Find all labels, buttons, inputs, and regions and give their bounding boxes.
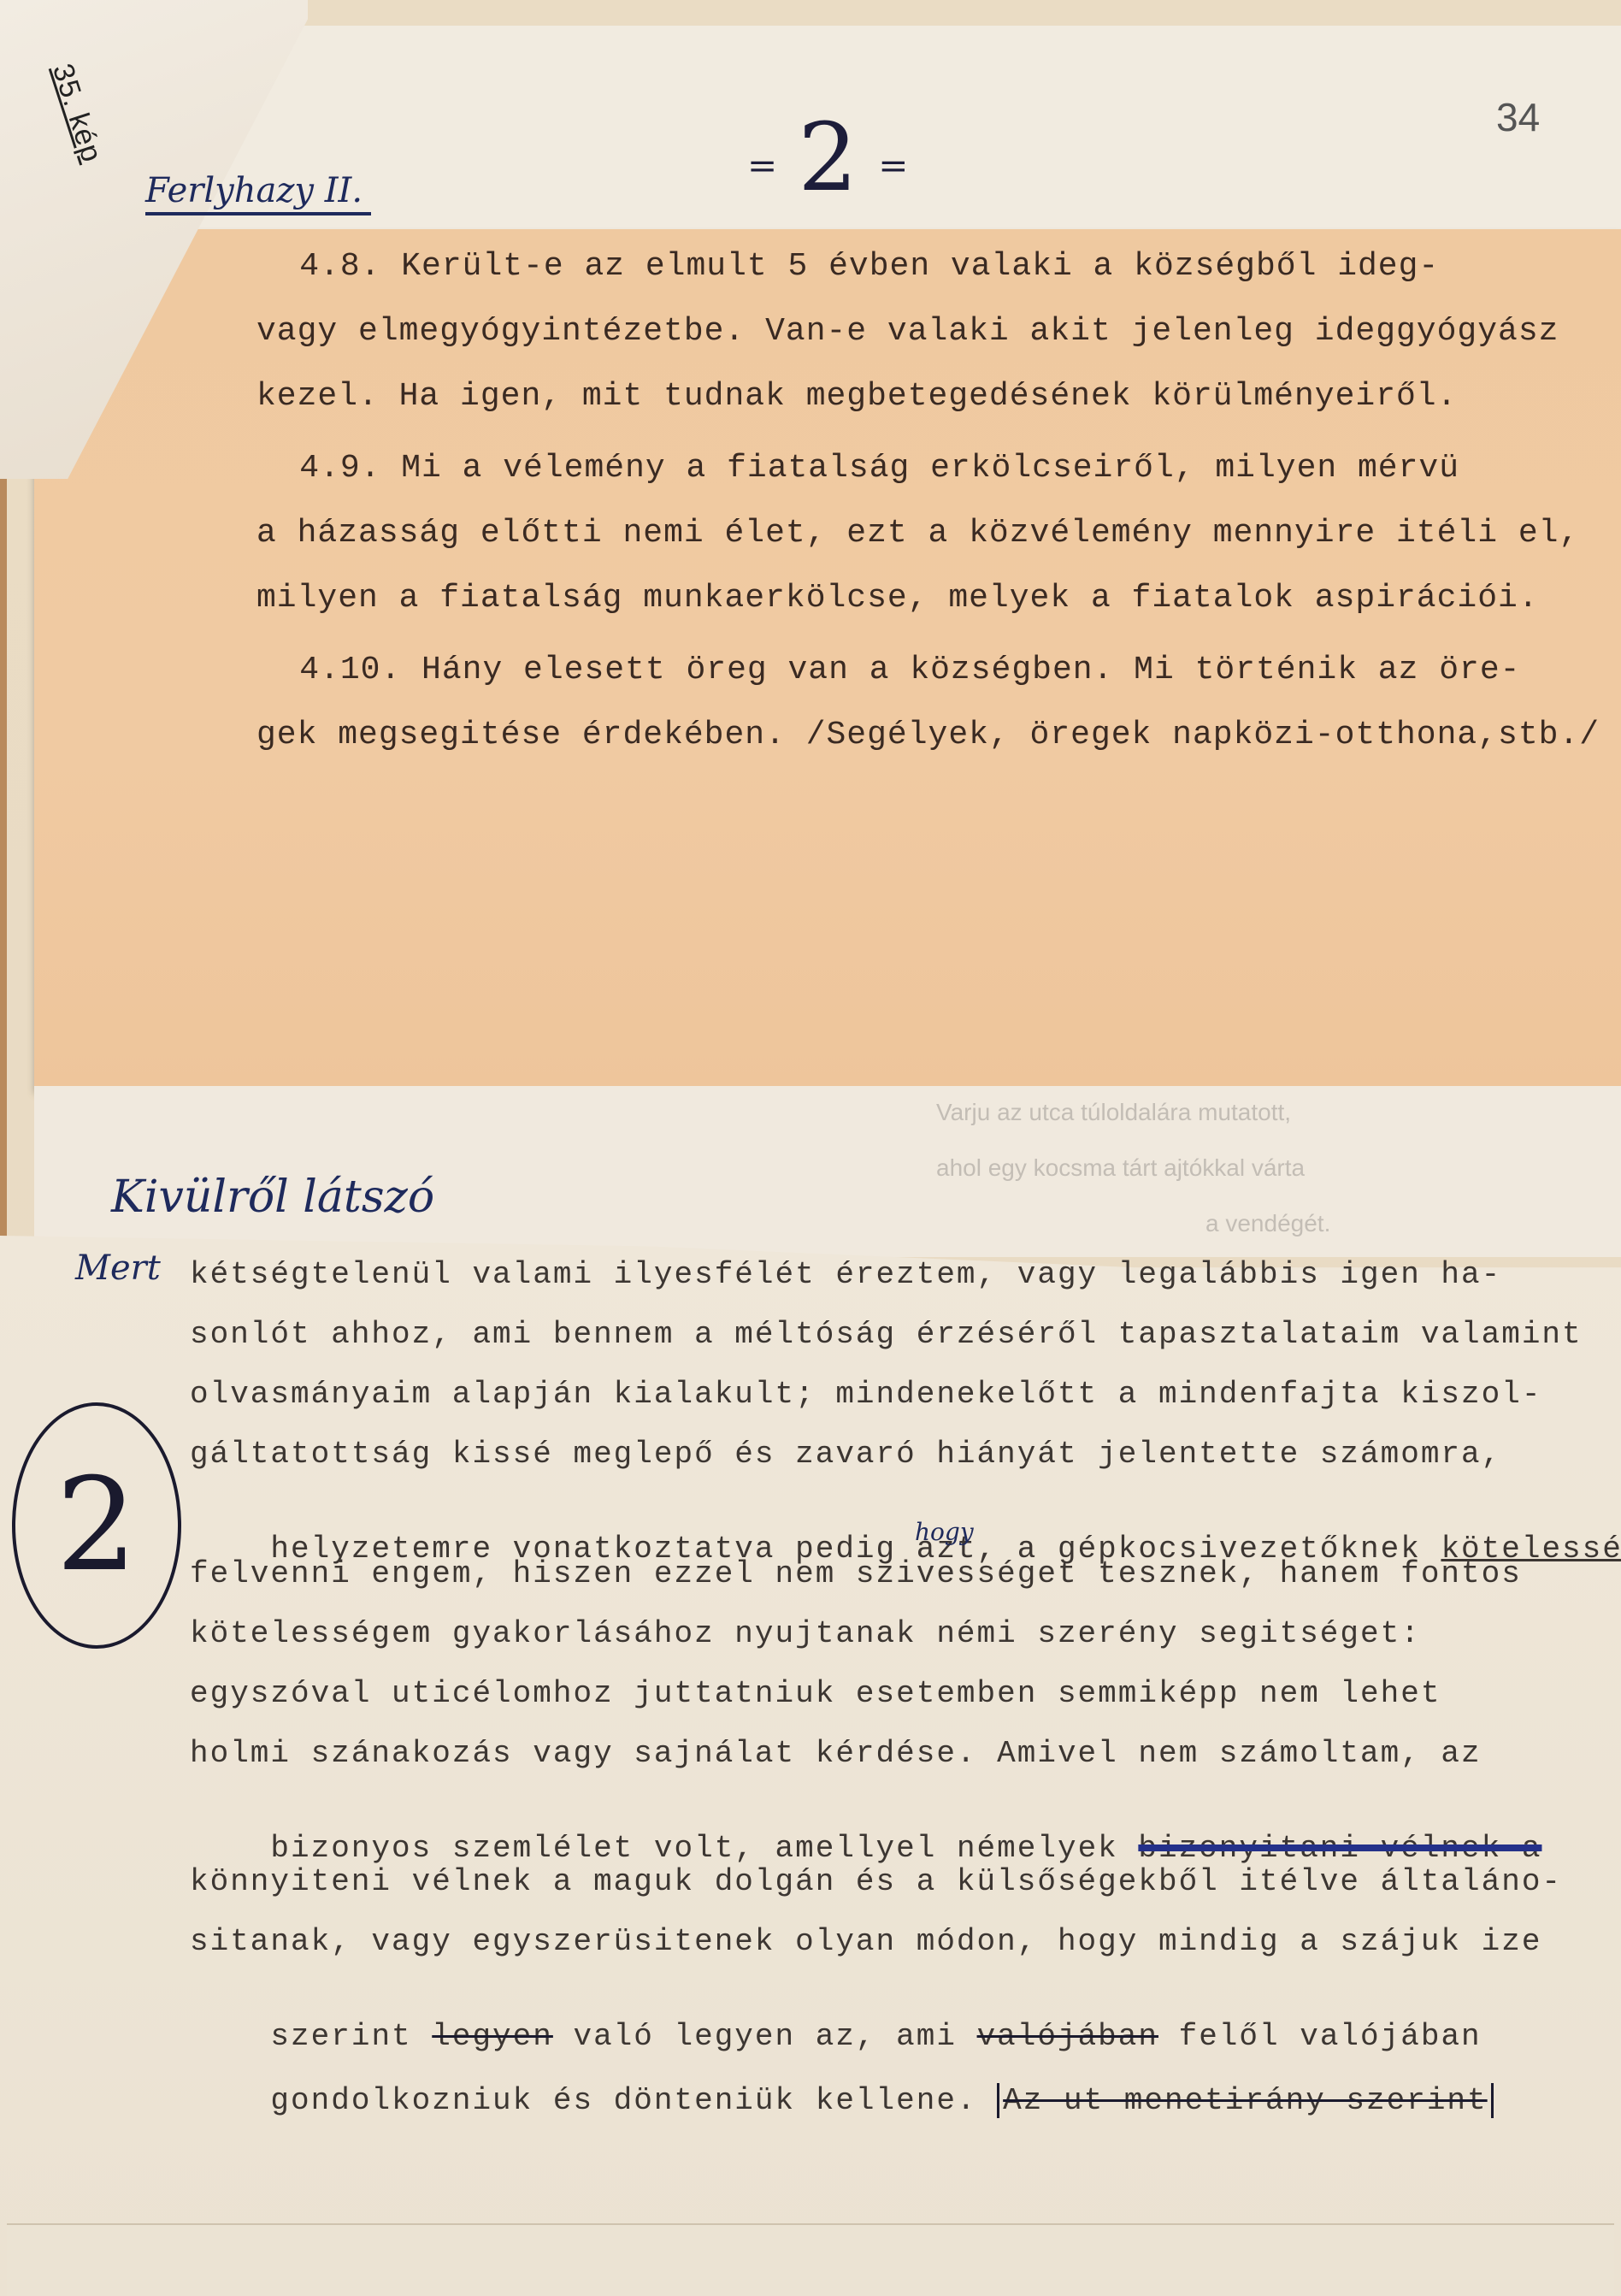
typed-line: könnyiteni vélnek a maguk dolgán és a kü… <box>190 1864 1562 1899</box>
typed-line-text: bizonyos szemlélet volt, amellyel némely… <box>270 1831 1138 1866</box>
handwritten-note-top: Kivülről látszó <box>111 1172 434 1223</box>
page-number: 2 <box>798 103 858 212</box>
folio-number: 34 <box>1496 94 1540 140</box>
slip-line: gek megsegitése érdekében. /Segélyek, ör… <box>256 717 1600 753</box>
equals-right: = <box>878 145 908 186</box>
typed-line: holmi szánakozás vagy sajnálat kérdése. … <box>190 1736 1482 1771</box>
typed-line: olvasmányaim alapján kialakult; mindenek… <box>190 1377 1541 1412</box>
show-through-text: ahol egy kocsma tárt ajtókkal várta <box>936 1154 1305 1182</box>
typed-line: kötelességem gyakorlásához nyujtanak ném… <box>190 1616 1421 1651</box>
show-through-text: Varju az utca túloldalára mutatott, <box>936 1099 1291 1126</box>
handwritten-heading: Ferlyhazy II. <box>145 171 371 215</box>
slip-line: 4.8. Került-e az elmult 5 évben valaki a… <box>218 248 1439 285</box>
show-through-text: a vendégét. <box>1205 1210 1330 1237</box>
typed-line-text: gondolkozniuk és dönteniük kellene. <box>270 2083 997 2118</box>
equals-left: = <box>747 145 777 186</box>
page-number-mark: =2= <box>727 103 928 212</box>
handwritten-insert-hogy: hogy <box>915 1518 974 1546</box>
slip-line: a házasság előtti nemi élet, ezt a közvé… <box>256 515 1579 552</box>
typed-line: gáltatottság kissé meglepő és zavaró hiá… <box>190 1437 1501 1472</box>
ink-struck-text: bizonyitani vélnek a <box>1138 1831 1541 1866</box>
slip-line: 4.10. Hány elesett öreg van a községben.… <box>218 652 1520 688</box>
typed-line: egyszóval uticélomhoz juttatniuk esetemb… <box>190 1676 1441 1711</box>
circled-number: 2 <box>56 1451 137 1600</box>
slip-line: vagy elmegyógyintézetbe. Van-e valaki ak… <box>256 313 1559 350</box>
slip-line: milyen a fiatalság munkaerkölcse, melyek… <box>256 580 1539 617</box>
typed-line: felvenni engem, hiszen ezzel nem szivess… <box>190 1556 1522 1591</box>
slip-line: 4.9. Mi a vélemény a fiatalság erkölcsei… <box>218 450 1459 487</box>
image-number-label: 35. kép <box>45 60 109 167</box>
circled-number-annotation: 2 <box>12 1402 181 1649</box>
typed-line: gondolkozniuk és dönteniük kellene. Az u… <box>190 2048 1494 2153</box>
questionnaire-slip: 4.8. Került-e az elmult 5 évben valaki a… <box>34 229 1621 1089</box>
typed-line: sitanak, vagy egyszerüsitenek olyan módo… <box>190 1924 1541 1959</box>
bracketed-struck-text: Az ut menetirány szerint <box>997 2083 1493 2118</box>
slip-line: kezel. Ha igen, mit tudnak megbetegedésé… <box>256 378 1457 415</box>
page-stack-bottom-edge <box>7 2223 1614 2296</box>
typed-line: sonlót ahhoz, ami bennem a méltóság érzé… <box>190 1317 1583 1352</box>
handwritten-note-mert: Mert <box>75 1248 161 1288</box>
typed-line: kétségtelenül valami ilyesfélét éreztem,… <box>190 1257 1501 1292</box>
